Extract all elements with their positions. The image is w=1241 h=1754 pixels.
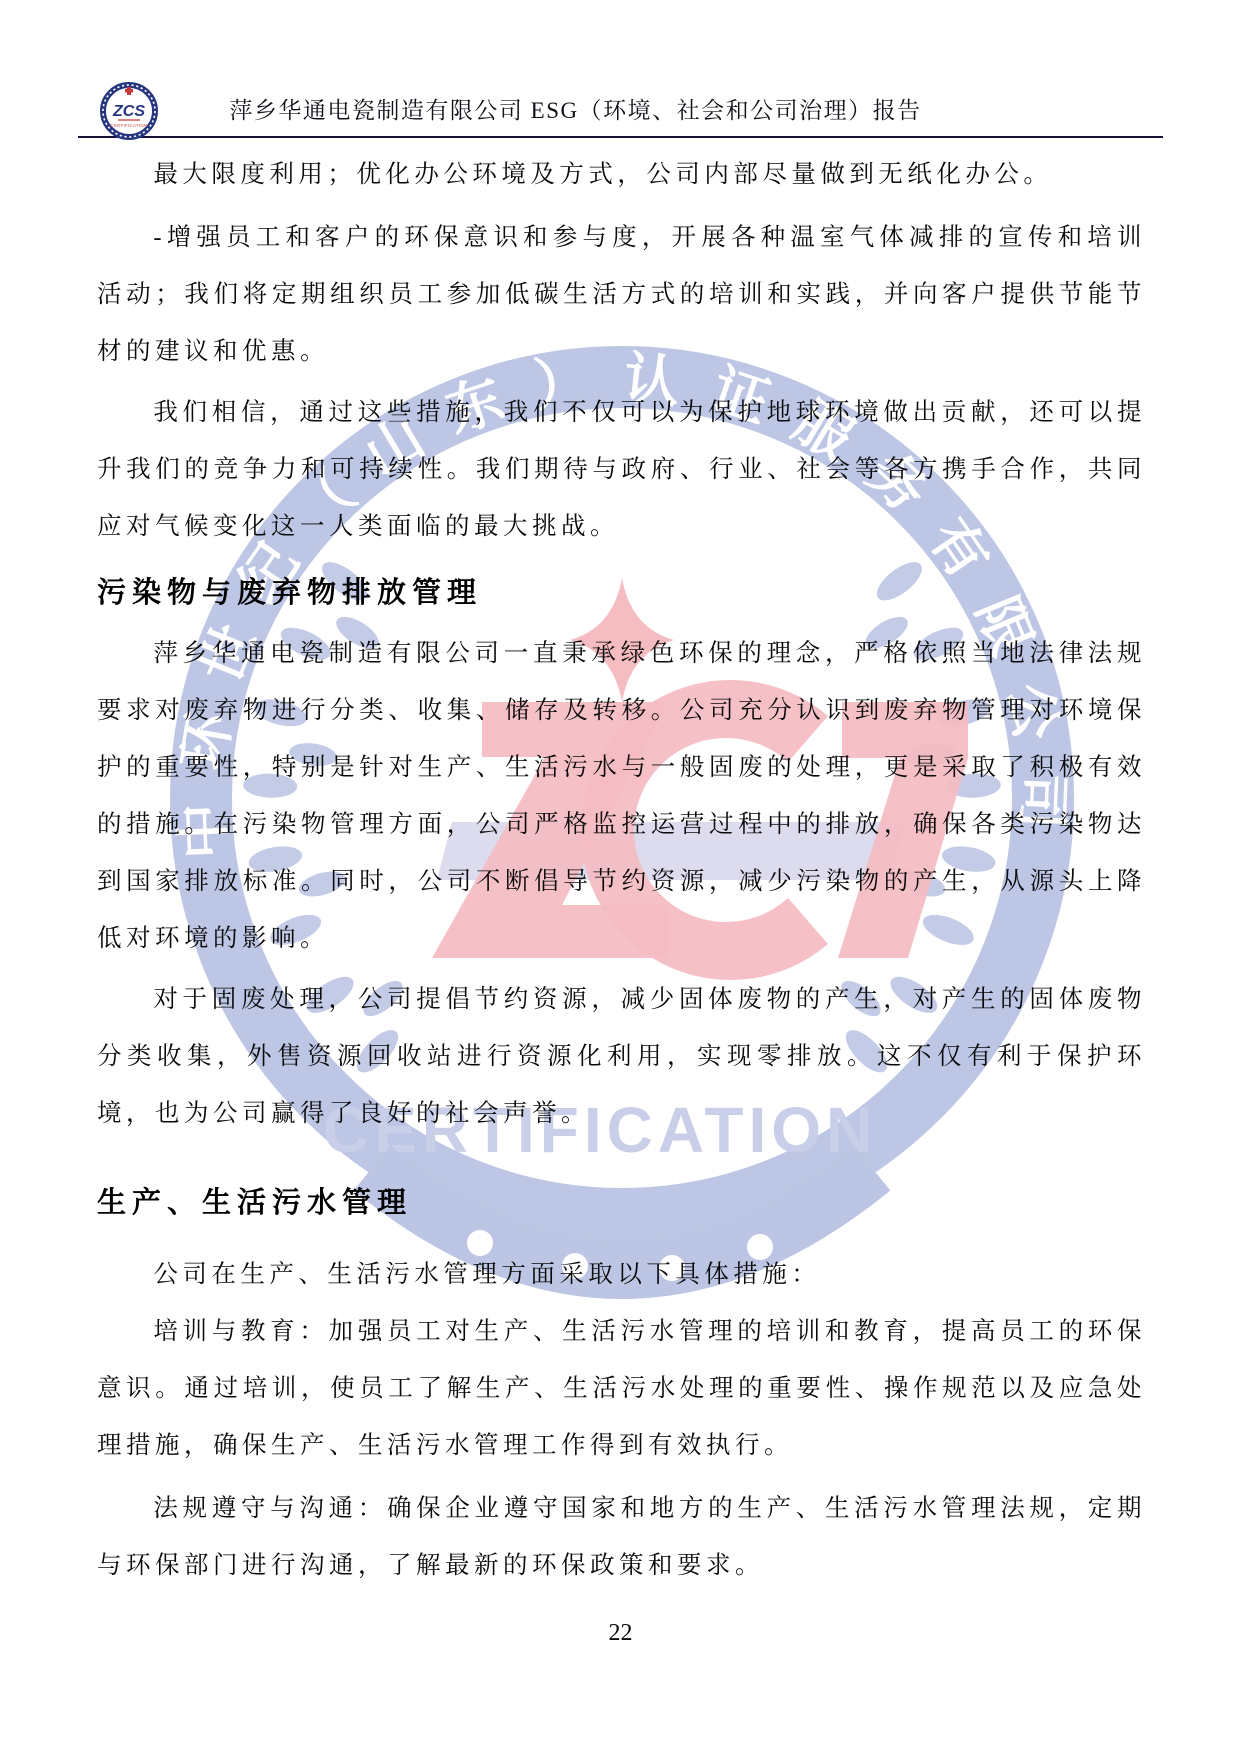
- paragraph: 公司在生产、生活污水管理方面采取以下具体措施：: [97, 1246, 1146, 1303]
- page-number: 22: [0, 1620, 1241, 1647]
- paragraph: 我们相信，通过这些措施，我们不仅可以为保护地球环境做出贡献，还可以提升我们的竞争…: [97, 384, 1146, 555]
- page-header: ZCS CERTIFICATION 萍乡华通电瓷制造有限公司 ESG（环境、社会…: [78, 0, 1163, 138]
- report-body: 最大限度利用；优化办公环境及方式，公司内部尽量做到无纸化办公。 -增强员工和客户…: [97, 146, 1146, 1594]
- paragraph: -增强员工和客户的环保意识和参与度，开展各种温室气体减排的宣传和培训活动；我们将…: [97, 209, 1146, 380]
- report-header-title: 萍乡华通电瓷制造有限公司 ESG（环境、社会和公司治理）报告: [78, 92, 1163, 125]
- paragraph: 萍乡华通电瓷制造有限公司一直秉承绿色环保的理念，严格依照当地法律法规要求对废弃物…: [97, 625, 1146, 967]
- section-heading-pollutant-waste: 污染物与废弃物排放管理: [97, 563, 1146, 623]
- paragraph: 最大限度利用；优化办公环境及方式，公司内部尽量做到无纸化办公。: [97, 146, 1146, 203]
- paragraph: 培训与教育：加强员工对生产、生活污水管理的培训和教育，提高员工的环保意识。通过培…: [97, 1303, 1146, 1474]
- paragraph: 对于固废处理，公司提倡节约资源，减少固体废物的产生，对产生的固体废物分类收集，外…: [97, 971, 1146, 1142]
- section-heading-wastewater: 生产、生活污水管理: [97, 1172, 1146, 1234]
- report-page: 中环世纪（山东）认证服务有限公司: [0, 0, 1241, 1754]
- paragraph: 法规遵守与沟通：确保企业遵守国家和地方的生产、生活污水管理法规，定期与环保部门进…: [97, 1480, 1146, 1594]
